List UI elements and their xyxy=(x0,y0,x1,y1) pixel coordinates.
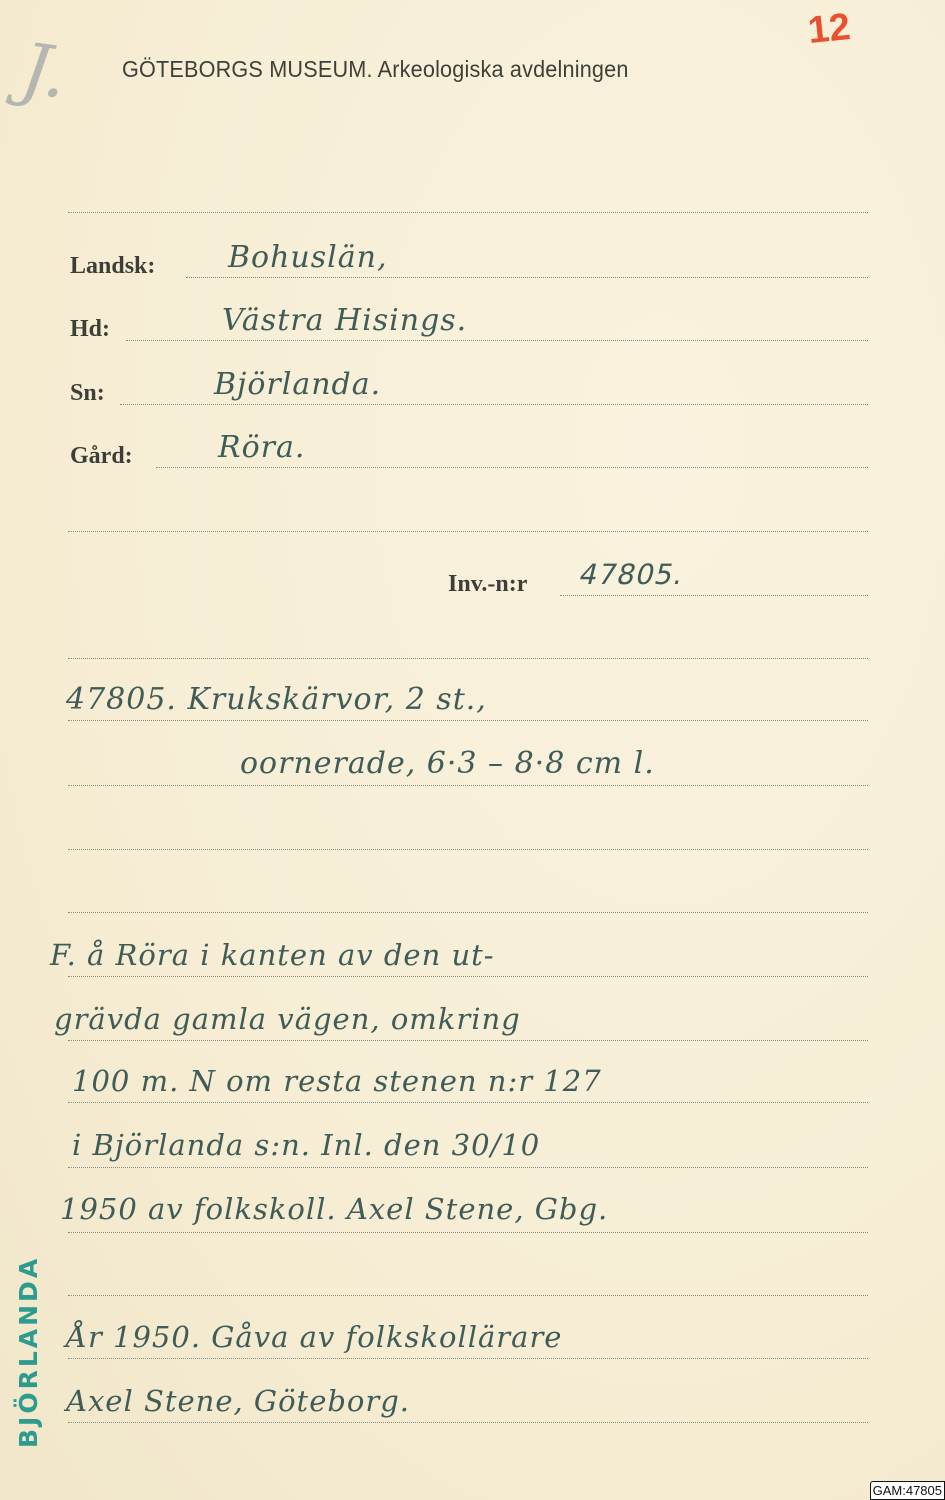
value-inv: 47805. xyxy=(576,558,688,591)
label-gard: Gård: xyxy=(70,443,133,470)
rule-line xyxy=(68,912,868,913)
findspot-line: grävda gamla vägen, omkring xyxy=(54,1002,521,1036)
rule-line xyxy=(156,467,868,468)
catalog-id-label: GAM:47805 xyxy=(870,1481,945,1500)
rule-line xyxy=(126,340,868,341)
findspot-line: 1950 av folkskoll. Axel Stene, Gbg. xyxy=(60,1192,608,1226)
description-line: oornerade, 6·3 – 8·8 cm l. xyxy=(240,746,655,781)
rule-line xyxy=(68,1422,868,1423)
rule-line xyxy=(120,404,868,405)
label-landsk: Landsk: xyxy=(70,253,155,280)
rule-line xyxy=(186,277,868,278)
card-number: 12 xyxy=(806,6,853,53)
label-sn: Sn: xyxy=(70,380,105,407)
findspot-line: i Björlanda s:n. Inl. den 30/10 xyxy=(72,1128,540,1162)
rule-line xyxy=(68,531,868,532)
findspot-line: F. å Röra i kanten av den ut- xyxy=(50,938,495,972)
parish-stamp: BJÖRLANDA xyxy=(14,1256,43,1448)
rule-line xyxy=(68,212,868,213)
rule-line xyxy=(68,658,868,659)
value-hd: Västra Hisings. xyxy=(222,303,467,338)
acquisition-line: Axel Stene, Göteborg. xyxy=(66,1384,410,1418)
rule-line xyxy=(68,1102,868,1103)
label-inv: Inv.-n:r xyxy=(448,571,527,598)
rule-line xyxy=(560,595,868,596)
museum-header: GÖTEBORGS MUSEUM. Arkeologiska avdelning… xyxy=(122,56,629,83)
rule-line xyxy=(68,785,868,786)
rule-line xyxy=(68,1167,868,1168)
catalog-card: J. 12 GÖTEBORGS MUSEUM. Arkeologiska avd… xyxy=(0,0,945,1500)
findspot-line: 100 m. N om resta stenen n:r 127 xyxy=(72,1064,602,1098)
value-gard: Röra. xyxy=(218,430,305,465)
value-sn: Björlanda. xyxy=(214,367,381,402)
rule-line xyxy=(68,1295,868,1296)
rule-line xyxy=(68,976,868,977)
value-landsk: Bohuslän, xyxy=(228,240,387,275)
rule-line xyxy=(68,1358,868,1359)
label-hd: Hd: xyxy=(70,316,110,343)
pencil-mark: J. xyxy=(17,27,73,114)
rule-line xyxy=(68,849,868,850)
description-line: 47805. Krukskärvor, 2 st., xyxy=(66,682,487,717)
rule-line xyxy=(68,1232,868,1233)
acquisition-line: År 1950. Gåva av folkskollärare xyxy=(66,1320,562,1354)
rule-line xyxy=(68,1040,868,1041)
rule-line xyxy=(68,720,868,721)
